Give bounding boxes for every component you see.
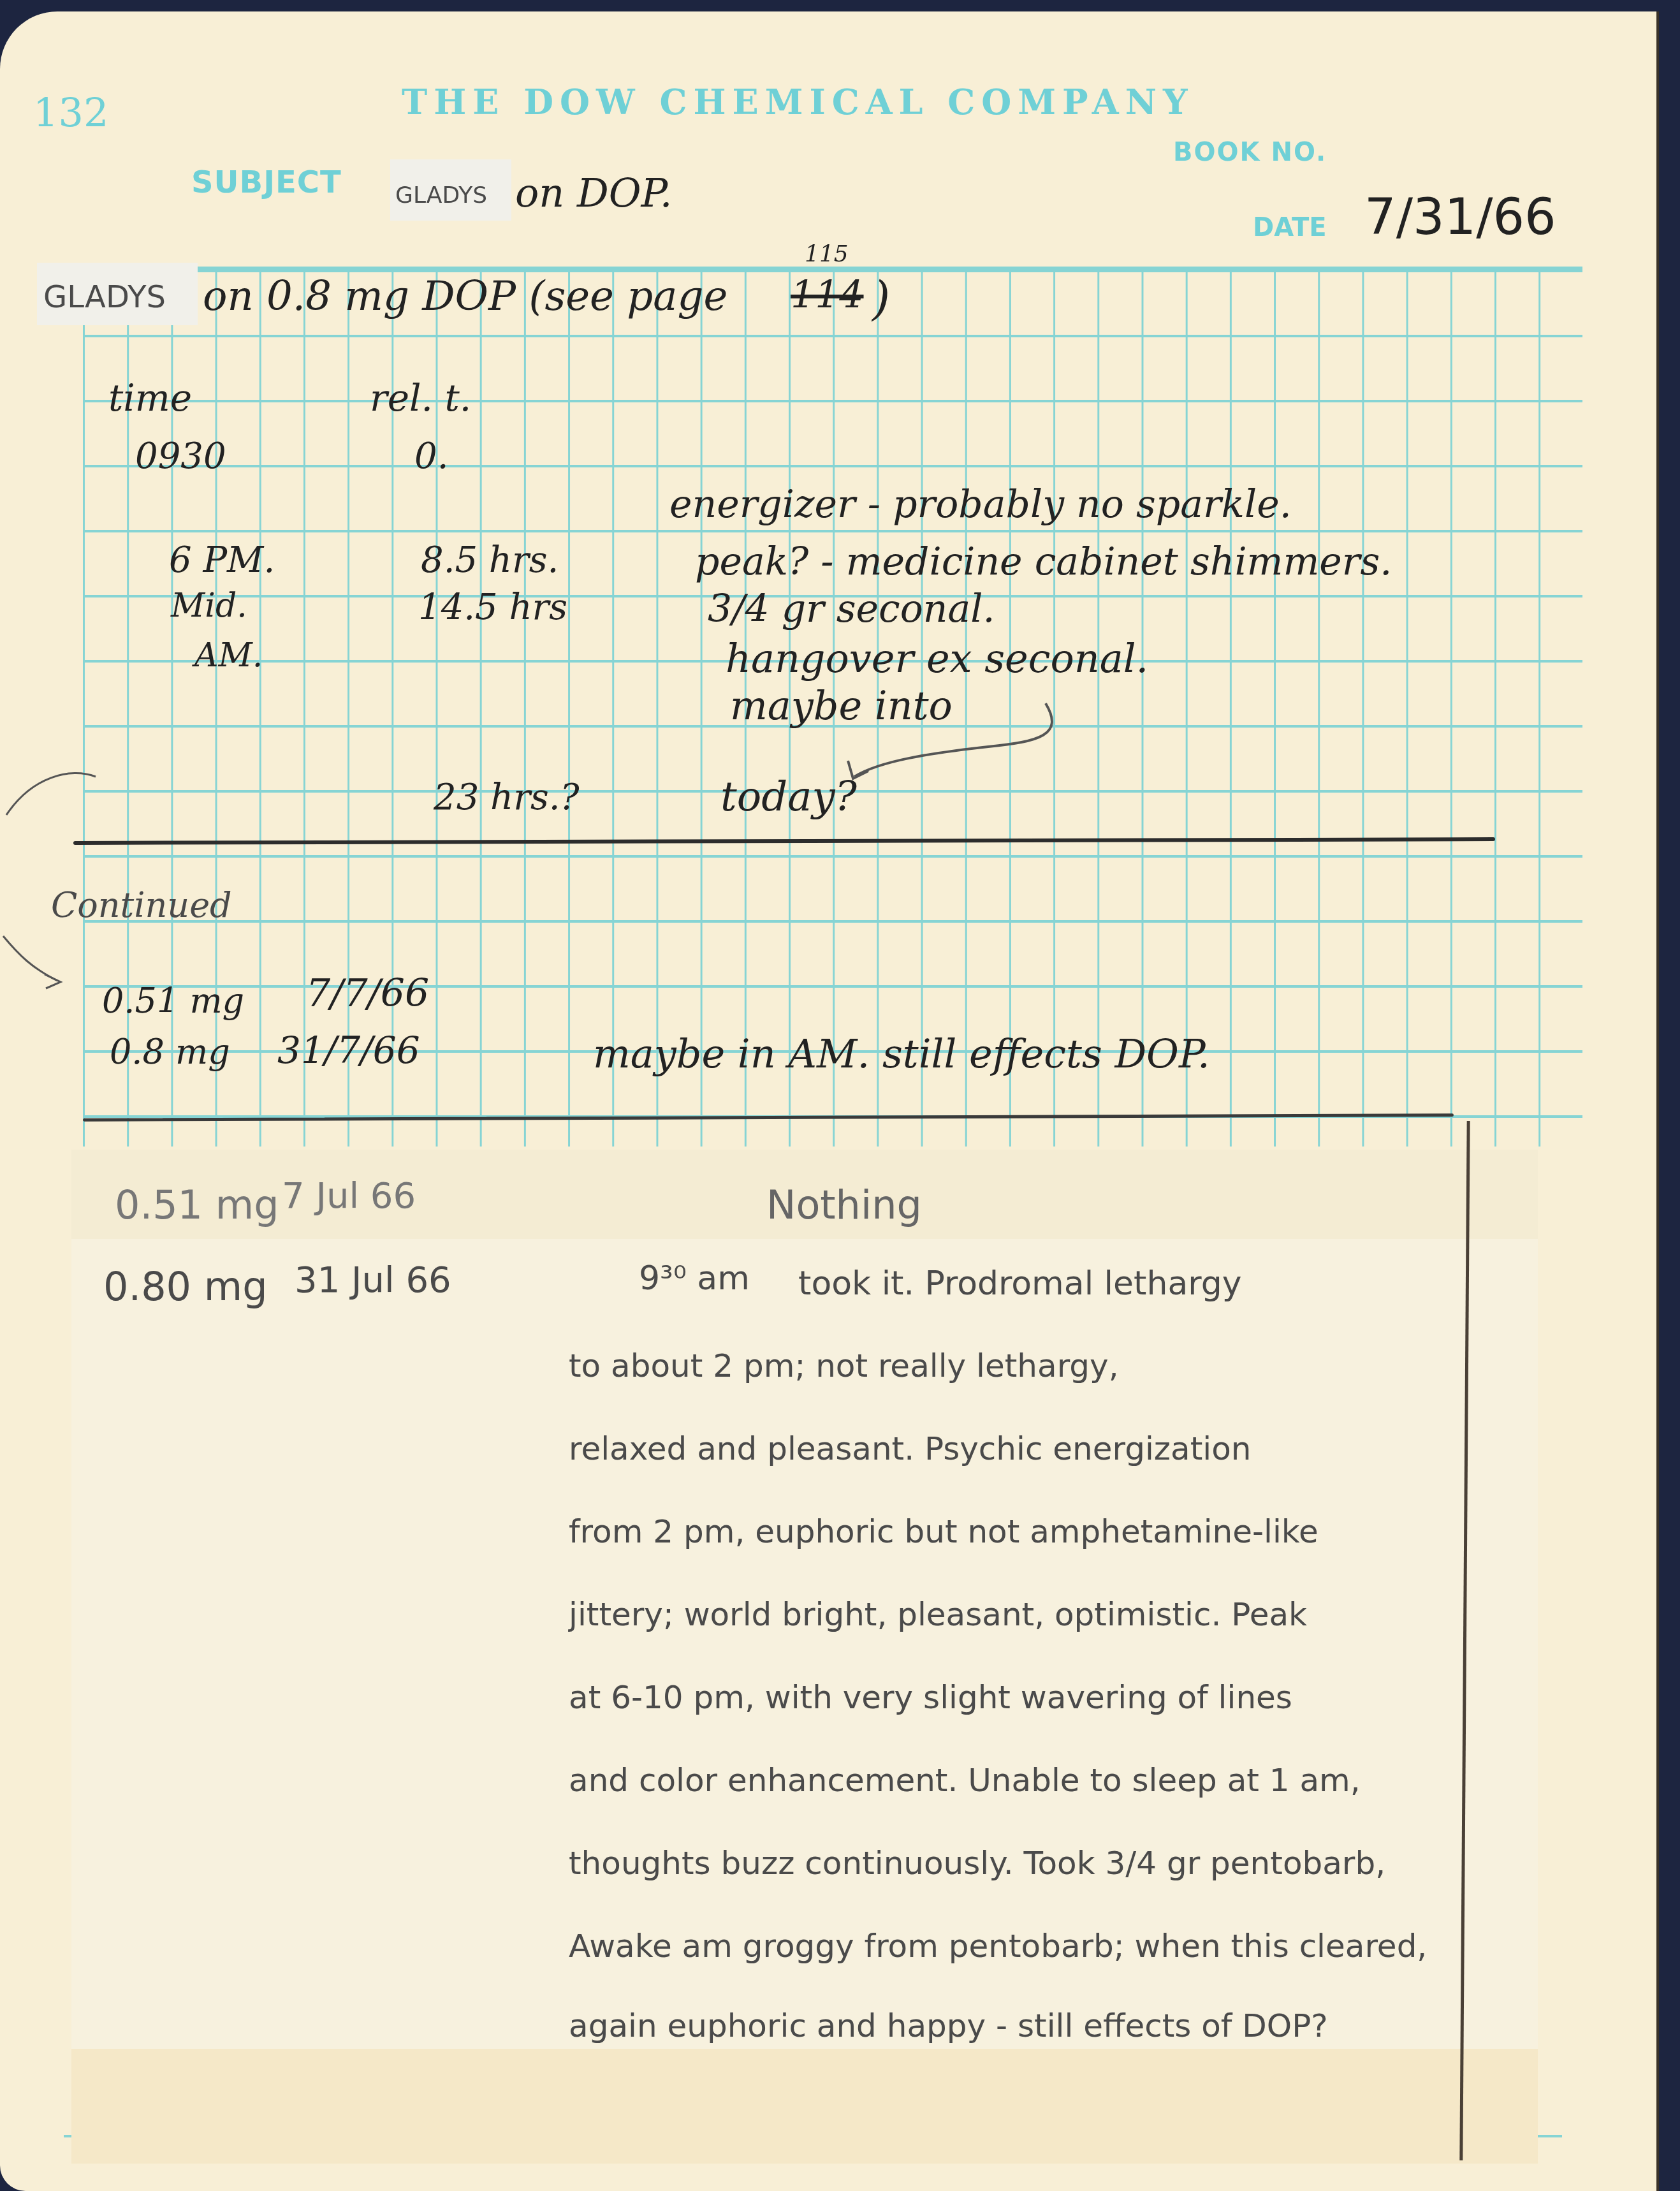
taped-insert: 0.51 mg 7 Jul 66 Nothing 0.80 mg 31 Jul … xyxy=(71,1150,1538,2164)
date-value: 7/31/66 xyxy=(1364,189,1556,246)
narrative-line: Awake am groggy from pentobarb; when thi… xyxy=(569,1928,1427,1965)
continued-dose: 0.51 mg xyxy=(102,981,244,1021)
narrative-line: again euphoric and happy - still effects… xyxy=(569,2007,1328,2044)
continued-date: 7/7/66 xyxy=(306,971,429,1016)
subject-slip-text: GLADYS xyxy=(395,182,487,209)
narrative-line: at 6-10 pm, with very slight wavering of… xyxy=(569,1679,1292,1716)
row-time: 0930 xyxy=(135,436,226,477)
row-note: hangover ex seconal. xyxy=(726,635,1148,682)
page-ref-corrected: 115 xyxy=(805,241,849,267)
entry-title: on 0.8 mg DOP (see page xyxy=(203,273,727,320)
narrative-line: and color enhancement. Unable to sleep a… xyxy=(569,1762,1361,1799)
margin-curve-icon xyxy=(0,764,108,866)
tape-strip-bottom xyxy=(71,2049,1538,2164)
page-spine-edge xyxy=(1656,11,1659,2191)
company-heading: THE DOW CHEMICAL COMPANY xyxy=(402,82,1194,122)
narrative-line: thoughts buzz continuously. Took 3/4 gr … xyxy=(569,1845,1385,1882)
row-note: 3/4 gr seconal. xyxy=(708,587,995,631)
insert-date: 31 Jul 66 xyxy=(295,1259,451,1301)
row-note: peak? - medicine cabinet shimmers. xyxy=(695,539,1392,584)
narrative-line: from 2 pm, euphoric but not amphetamine-… xyxy=(569,1513,1318,1550)
col-header-time: time xyxy=(108,376,192,420)
continued-date: 31/7/66 xyxy=(277,1029,420,1072)
continued-note: maybe in AM. still effects DOP. xyxy=(593,1030,1210,1077)
row-note: today? xyxy=(720,773,857,821)
insert-note: Nothing xyxy=(766,1182,922,1228)
insert-dose: 0.80 mg xyxy=(103,1263,268,1310)
row-time: AM. xyxy=(194,636,263,675)
row-rel-t: 0. xyxy=(414,436,448,477)
row-rel-t: 8.5 hrs. xyxy=(421,539,559,581)
name-slip-text: GLADYS xyxy=(43,279,166,315)
page-ref-struck: 114 xyxy=(791,273,864,318)
subject-value: on DOP. xyxy=(515,170,672,216)
continued-label: Continued xyxy=(51,885,232,925)
narrative-line: relaxed and pleasant. Psychic energizati… xyxy=(569,1430,1252,1467)
row-rel-t: 14.5 hrs xyxy=(418,587,567,628)
notebook-page: 132 THE DOW CHEMICAL COMPANY BOOK NO. SU… xyxy=(0,11,1659,2191)
narrative-line: jittery; world bright, pleasant, optimis… xyxy=(569,1596,1307,1633)
date-label: DATE xyxy=(1253,213,1327,242)
subject-label: SUBJECT xyxy=(191,165,342,200)
book-no-label: BOOK NO. xyxy=(1173,138,1327,167)
insert-dose: 0.51 mg xyxy=(115,1182,279,1228)
page-number: 132 xyxy=(33,89,108,136)
row-note: energizer - probably no sparkle. xyxy=(669,482,1292,527)
row-time: Mid. xyxy=(171,587,247,625)
row-rel-t: 23 hrs.? xyxy=(434,777,579,818)
time-taken: 9³⁰ am xyxy=(639,1259,750,1298)
row-time: 6 PM. xyxy=(169,539,275,581)
entry-title-close: ) xyxy=(872,272,890,325)
continued-dose: 0.8 mg xyxy=(110,1032,230,1072)
narrative-line: to about 2 pm; not really lethargy, xyxy=(569,1347,1119,1384)
margin-arrow-icon xyxy=(0,930,70,1000)
narrative-line: took it. Prodromal lethargy xyxy=(798,1264,1242,1303)
curved-arrow-icon xyxy=(829,697,1071,786)
insert-date: 7 Jul 66 xyxy=(282,1175,416,1217)
col-header-rel-t: rel. t. xyxy=(370,376,471,420)
